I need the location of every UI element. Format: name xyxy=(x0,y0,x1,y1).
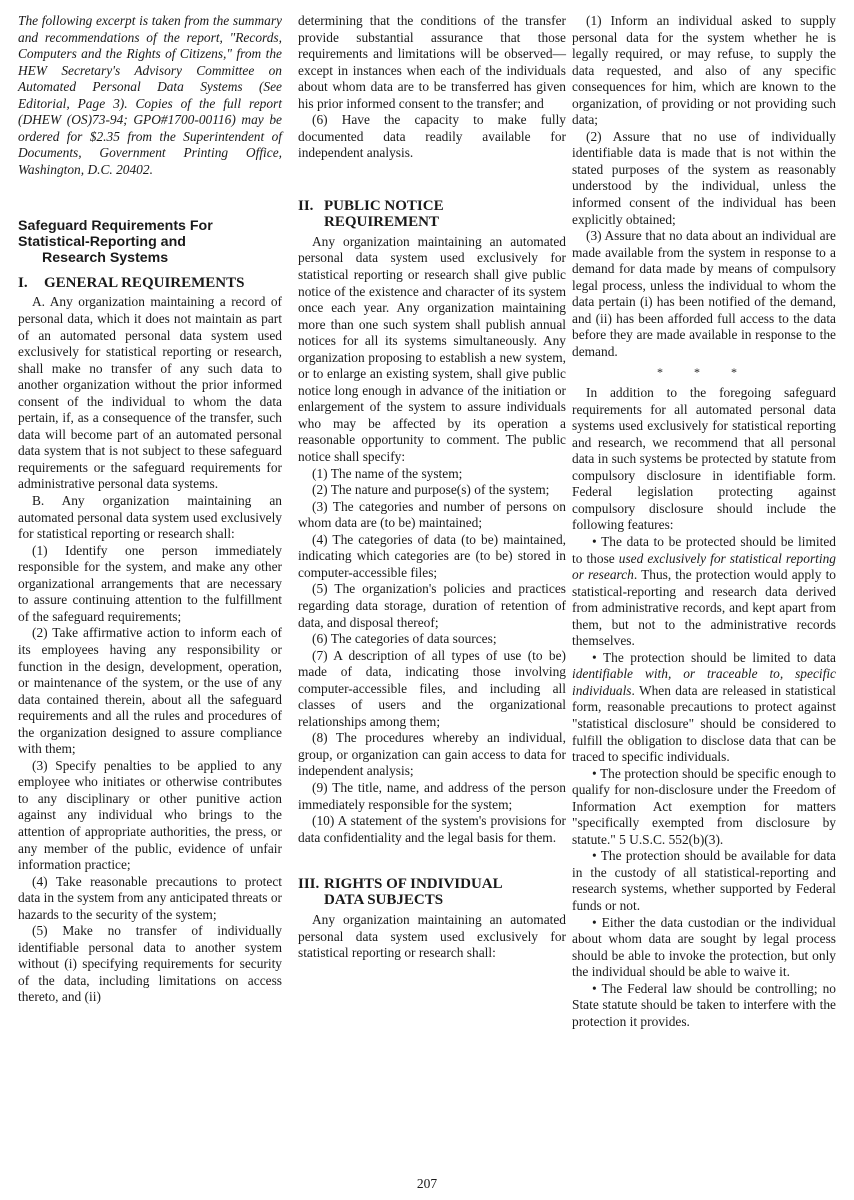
rights-intro: Any organization maintaining an automate… xyxy=(298,912,566,962)
bullet-icon: • xyxy=(592,534,597,549)
intro-note: The following excerpt is taken from the … xyxy=(18,13,282,178)
closing-bullet-1: • The data to be protected should be lim… xyxy=(572,534,836,650)
public-notice-intro: Any organization maintaining an automate… xyxy=(298,234,566,466)
closing-bullet-2: • The protection should be limited to da… xyxy=(572,650,836,766)
rights-item-3: (3) Assure that no data about an individ… xyxy=(572,228,836,360)
general-item-5-continued: determining that the conditions of the t… xyxy=(298,13,566,112)
column-middle: determining that the conditions of the t… xyxy=(298,13,566,962)
section-heading-general: I.GENERAL REQUIREMENTS xyxy=(18,275,282,291)
public-notice-item-7: (7) A description of all types of use (t… xyxy=(298,648,566,731)
general-item-6: (6) Have the capacity to make fully docu… xyxy=(298,112,566,162)
title-line-3: Research Systems xyxy=(18,250,282,266)
closing-bullet-5: • Either the data custodian or the indiv… xyxy=(572,915,836,981)
public-notice-item-2: (2) The nature and purpose(s) of the sys… xyxy=(298,482,566,499)
title-line-1: Safeguard Requirements For xyxy=(18,218,282,234)
public-notice-item-5: (5) The organization's policies and prac… xyxy=(298,581,566,631)
general-item-5: (5) Make no transfer of individually ide… xyxy=(18,923,282,1006)
general-item-3: (3) Specify penalties to be applied to a… xyxy=(18,758,282,874)
bullet-icon: • xyxy=(592,848,597,863)
bullet-icon: • xyxy=(592,981,597,996)
public-notice-item-3: (3) The categories and number of persons… xyxy=(298,499,566,532)
public-notice-item-9: (9) The title, name, and address of the … xyxy=(298,780,566,813)
section-separator: * * * xyxy=(572,364,836,381)
bullet-icon: • xyxy=(592,766,597,781)
closing-intro: In addition to the foregoing safeguard r… xyxy=(572,385,836,534)
public-notice-item-4: (4) The categories of data (to be) maint… xyxy=(298,532,566,582)
general-para-b: B. Any organization maintaining an autom… xyxy=(18,493,282,543)
public-notice-item-6: (6) The categories of data sources; xyxy=(298,631,566,648)
section-heading-rights: III.RIGHTS OF INDIVIDUAL DATA SUBJECTS xyxy=(298,876,566,908)
rights-item-1: (1) Inform an individual asked to supply… xyxy=(572,13,836,129)
bullet-icon: • xyxy=(592,650,597,665)
page-number: 207 xyxy=(0,1176,854,1192)
closing-bullet-6: • The Federal law should be controlling;… xyxy=(572,981,836,1031)
general-item-4: (4) Take reasonable precautions to prote… xyxy=(18,874,282,924)
bullet-icon: • xyxy=(592,915,597,930)
public-notice-item-10: (10) A statement of the system's provisi… xyxy=(298,813,566,846)
title-line-2: Statistical-Reporting and xyxy=(18,234,282,250)
article-title: Safeguard Requirements For Statistical-R… xyxy=(18,218,282,266)
column-left: The following excerpt is taken from the … xyxy=(18,13,282,1006)
general-item-1: (1) Identify one person immediately resp… xyxy=(18,543,282,626)
closing-bullet-3: • The protection should be specific enou… xyxy=(572,766,836,849)
public-notice-item-1: (1) The name of the system; xyxy=(298,466,566,483)
public-notice-item-8: (8) The procedures whereby an individual… xyxy=(298,730,566,780)
rights-item-2: (2) Assure that no use of individually i… xyxy=(572,129,836,228)
column-right: (1) Inform an individual asked to supply… xyxy=(572,13,836,1030)
general-item-2: (2) Take affirmative action to inform ea… xyxy=(18,625,282,757)
general-para-a: A. Any organization maintaining a record… xyxy=(18,294,282,493)
closing-bullet-4: • The protection should be available for… xyxy=(572,848,836,914)
section-heading-public-notice: II.PUBLIC NOTICE REQUIREMENT xyxy=(298,198,566,230)
